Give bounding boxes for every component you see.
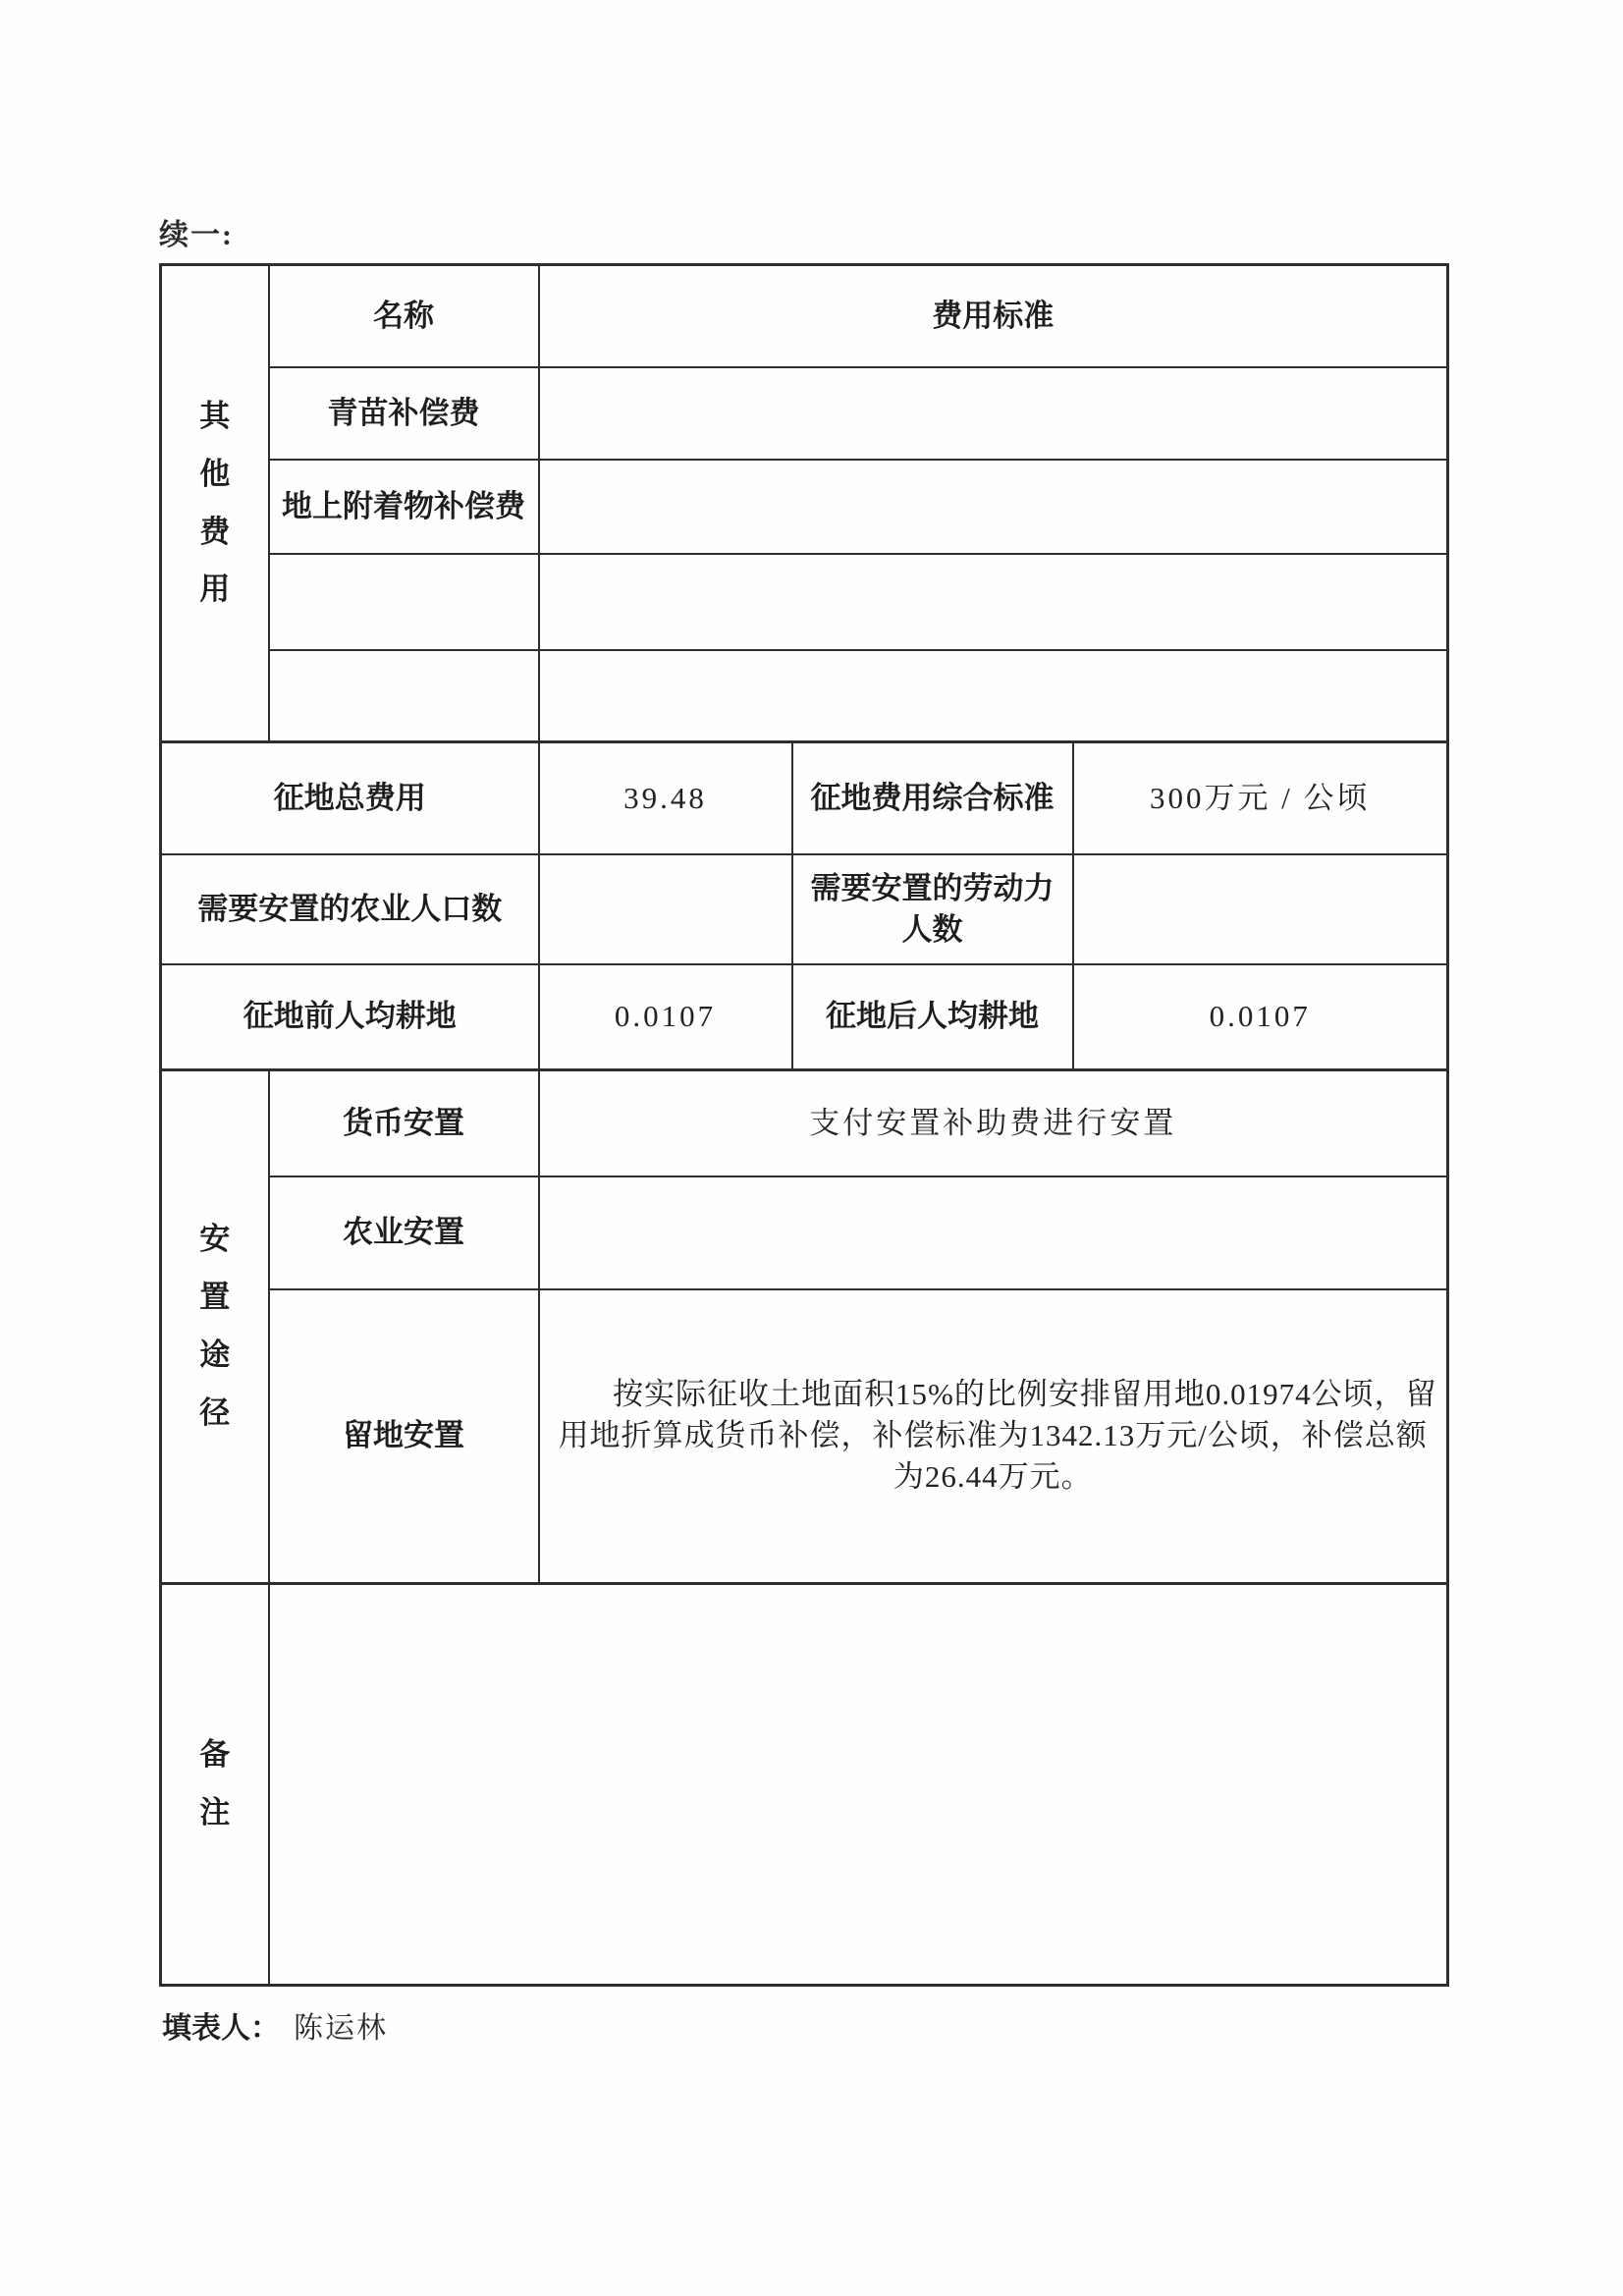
agricultural-population-value	[539, 854, 792, 964]
form-filler-line: 填表人：陈运林	[162, 2003, 388, 2047]
comprehensive-standard-label: 征地费用综合标准	[792, 742, 1073, 854]
other-fees-section-label: 其他费用	[197, 388, 233, 620]
comprehensive-standard-value: 300万元 / 公顷	[1073, 742, 1448, 854]
agricultural-population-label: 需要安置的农业人口数	[161, 854, 539, 964]
form-filler-label: 填表人：	[162, 2012, 280, 2045]
continuation-label: 续一:	[159, 210, 234, 253]
resettlement-section-cell: 安置途径	[161, 1070, 269, 1584]
other-fee-row4-name	[269, 650, 539, 742]
agricultural-resettlement-value	[539, 1176, 1448, 1289]
remarks-section-cell: 备注	[161, 1584, 269, 1986]
remarks-value	[269, 1584, 1448, 1986]
young-crop-compensation-label: 青苗补偿费	[269, 367, 539, 460]
ground-attachments-compensation-label: 地上附着物补偿费	[269, 460, 539, 554]
other-fee-row3-value	[539, 554, 1448, 650]
remarks-section-label: 备注	[197, 1726, 233, 1842]
labor-population-value	[1073, 854, 1448, 964]
reserved-land-resettlement-description: 按实际征收土地面积15%的比例安排留用地0.01974公顷，留用地折算成货币补偿…	[539, 1289, 1448, 1584]
scanned-form-page: 续一: 其他费用 名称 费用标准 青苗补偿费 地上附着物补偿费	[0, 0, 1623, 2296]
other-fees-section-cell: 其他费用	[161, 265, 269, 742]
other-fee-row4-value	[539, 650, 1448, 742]
per-capita-farmland-after-value: 0.0107	[1073, 964, 1448, 1070]
per-capita-farmland-before-value: 0.0107	[539, 964, 792, 1070]
total-land-fee-value: 39.48	[539, 742, 792, 854]
monetary-resettlement-label: 货币安置	[269, 1070, 539, 1176]
land-acquisition-continuation-table: 其他费用 名称 费用标准 青苗补偿费 地上附着物补偿费	[159, 263, 1449, 1987]
total-land-fee-label: 征地总费用	[161, 742, 539, 854]
young-crop-compensation-value	[539, 367, 1448, 460]
monetary-resettlement-value: 支付安置补助费进行安置	[539, 1070, 1448, 1176]
resettlement-section-label: 安置途径	[197, 1211, 233, 1443]
fee-name-header: 名称	[269, 265, 539, 367]
ground-attachments-compensation-value	[539, 460, 1448, 554]
labor-population-label: 需要安置的劳动力人数	[792, 854, 1073, 964]
per-capita-farmland-before-label: 征地前人均耕地	[161, 964, 539, 1070]
per-capita-farmland-after-label: 征地后人均耕地	[792, 964, 1073, 1070]
fee-standard-header: 费用标准	[539, 265, 1448, 367]
form-filler-name: 陈运林	[294, 2012, 388, 2045]
reserved-land-resettlement-label: 留地安置	[269, 1289, 539, 1584]
agricultural-resettlement-label: 农业安置	[269, 1176, 539, 1289]
other-fee-row3-name	[269, 554, 539, 650]
